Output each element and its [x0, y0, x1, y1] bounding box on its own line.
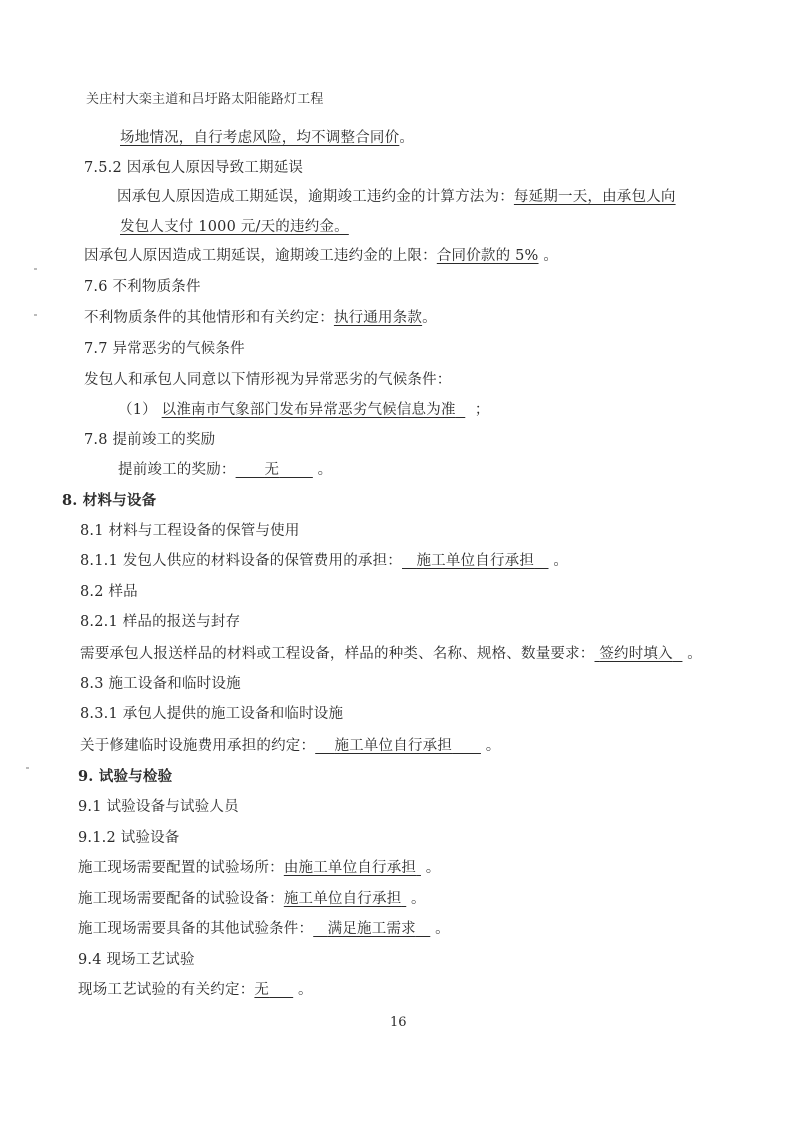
filled-value: 施工单位自行承担 [284, 891, 402, 907]
section-heading-8-3-1: 8.3.1 承包人提供的施工设备和临时设施 [80, 704, 343, 724]
paragraph-process-test: 现场工艺试验的有关约定：无 。 [78, 980, 313, 1000]
section-heading-8-1: 8.1 材料与工程设备的保管与使用 [80, 521, 300, 541]
section-heading-8-2-1: 8.2.1 样品的报送与封存 [80, 612, 240, 632]
paragraph-site-conditions: 场地情况，自行考虑风险，均不调整合同价。 [120, 128, 414, 148]
filled-value: 无 [236, 462, 313, 478]
paragraph-test-site: 施工现场需要配置的试验场所：由施工单位自行承担 。 [78, 858, 440, 878]
filled-value: 场地情况，自行考虑风险，均不调整合同价 [120, 130, 399, 146]
filled-value: 满足施工需求 [313, 921, 430, 937]
filled-value: 合同价款的 5% [437, 248, 539, 264]
section-heading-8: 8. 材料与设备 [62, 491, 156, 511]
paragraph-material-storage-cost: 8.1.1 发包人供应的材料设备的保管费用的承担： 施工单位自行承担 。 [80, 551, 568, 571]
filled-value: 施工单位自行承担 [315, 738, 481, 754]
paragraph-sample-requirements: 需要承包人报送样品的材料或工程设备，样品的种类、名称、规格、数量要求： 签约时填… [80, 644, 702, 664]
scan-artifact [34, 314, 37, 316]
section-heading-8-2: 8.2 样品 [80, 582, 138, 602]
paragraph-weather-intro: 发包人和承包人同意以下情形视为异常恶劣的气候条件： [84, 370, 452, 390]
filled-value: 由施工单位自行承担 [284, 860, 416, 876]
filled-value: 无 [254, 982, 293, 998]
section-heading-9-4: 9.4 现场工艺试验 [78, 950, 195, 970]
filled-value: 签约时填入 [595, 646, 683, 662]
scan-artifact [34, 268, 37, 270]
filled-value: 每延期一天，由承包人向 [514, 189, 676, 205]
section-heading-7-6: 7.6 不利物质条件 [84, 277, 201, 297]
scan-artifact [26, 767, 29, 769]
paragraph-adverse-conditions: 不利物质条件的其他情形和有关约定：执行通用条款。 [84, 308, 437, 328]
list-item-weather-1: （1） 以淮南市气象部门发布异常恶劣气候信息为准 ； [118, 400, 490, 420]
section-heading-9-1-2: 9.1.2 试验设备 [78, 828, 180, 848]
paragraph-test-equipment: 施工现场需要配备的试验设备：施工单位自行承担 。 [78, 889, 426, 909]
section-heading-7-5-2: 7.5.2 因承包人原因导致工期延误 [84, 158, 303, 178]
section-heading-9: 9. 试验与检验 [78, 767, 172, 787]
paragraph-delay-penalty-method-cont: 发包人支付 1000 元/天的违约金。 [120, 217, 349, 237]
page-number: 16 [390, 1015, 407, 1030]
paragraph-early-completion-bonus: 提前竣工的奖励： 无 。 [118, 460, 332, 480]
filled-value: 以淮南市气象部门发布异常恶劣气候信息为准 [162, 402, 456, 418]
paragraph-temporary-facilities-cost: 关于修建临时设施费用承担的约定： 施工单位自行承担 。 [80, 736, 500, 756]
section-heading-9-1: 9.1 试验设备与试验人员 [78, 797, 239, 817]
paragraph-delay-penalty-method: 因承包人原因造成工期延误，逾期竣工违约金的计算方法为：每延期一天，由承包人向 [117, 187, 676, 207]
filled-value: 执行通用条款 [334, 310, 422, 326]
section-heading-7-7: 7.7 异常恶劣的气候条件 [84, 339, 245, 359]
section-heading-7-8: 7.8 提前竣工的奖励 [84, 430, 215, 450]
filled-value: 发包人支付 1000 元/天的违约金。 [120, 219, 349, 235]
running-header: 关庄村大栾主道和吕圩路太阳能路灯工程 [86, 90, 324, 110]
paragraph-delay-penalty-cap: 因承包人原因造成工期延误，逾期竣工违约金的上限：合同价款的 5% 。 [84, 246, 558, 266]
section-heading-8-3: 8.3 施工设备和临时设施 [80, 674, 241, 694]
paragraph-other-test-conditions: 施工现场需要具备的其他试验条件： 满足施工需求 。 [78, 919, 450, 939]
filled-value: 施工单位自行承担 [402, 553, 548, 569]
